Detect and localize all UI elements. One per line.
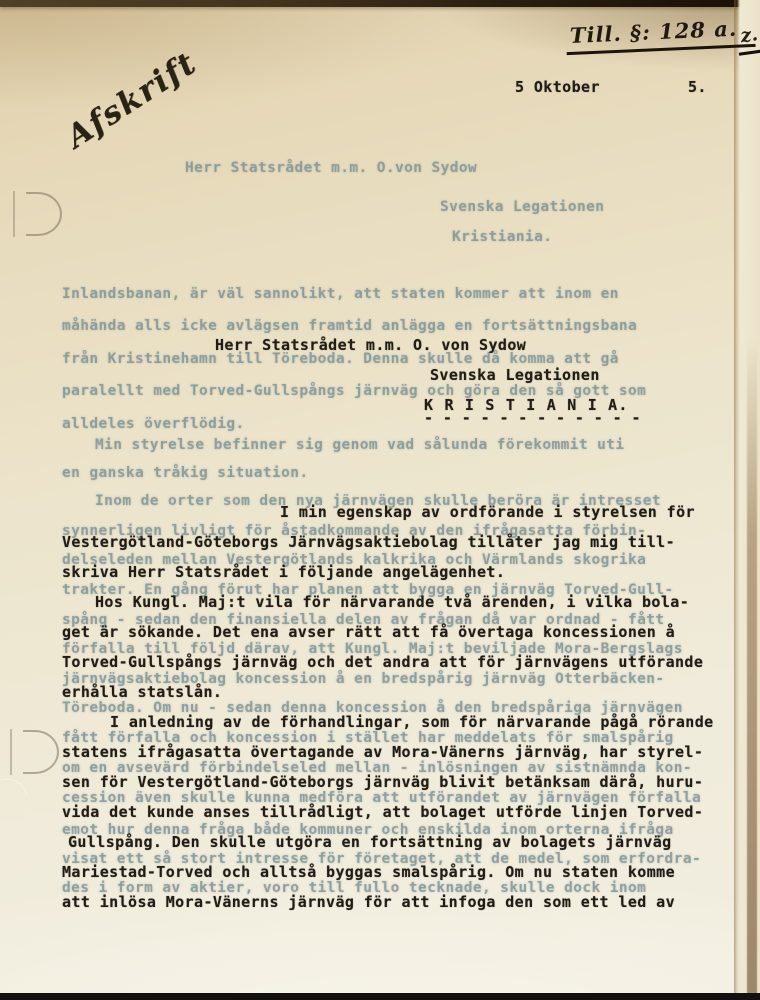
letter-body-layer: I min egenskap av ordförande i styrelsen… (0, 0, 760, 1000)
typed-body-line: Torved-Gullspångs järnväg och det andra … (62, 653, 703, 671)
typed-body-line: sen för Vestergötland-Göteborgs järnväg … (62, 773, 703, 791)
typed-body-line: Vestergötland-Göteborgs Järnvägsaktiebol… (62, 533, 675, 551)
scan-bottom-edge (0, 993, 760, 1000)
typed-body-line: I anledning av de förhandlingar, som för… (110, 713, 714, 731)
scanned-letter-page: Afskrift Till. §: 128 a. z. 5 Oktober 5.… (0, 0, 760, 1000)
typed-body-line: Hos Kungl. Maj:t vila för närvarande två… (95, 593, 689, 611)
typed-body-line: I min egenskap av ordförande i styrelsen… (280, 503, 695, 521)
typed-body-line: Mariestad-Torved och alltså byggas smals… (62, 863, 675, 881)
typed-body-line: statens ifrågasatta övertagande av Mora-… (62, 743, 703, 761)
typed-body-line: att inlösa Mora-Vänerns järnväg för att … (62, 893, 675, 911)
typed-body-line: Gullspång. Den skulle utgöra en fortsätt… (68, 833, 672, 851)
typed-body-line: get är sökande. Det ena avser rätt att f… (62, 623, 675, 641)
typed-body-line: erhålla statslån. (62, 683, 222, 701)
typed-body-line: skriva Herr Statsrådet i följande angelä… (62, 563, 505, 581)
typed-body-line: vida det kunde anses tillrådligt, att bo… (62, 803, 703, 821)
